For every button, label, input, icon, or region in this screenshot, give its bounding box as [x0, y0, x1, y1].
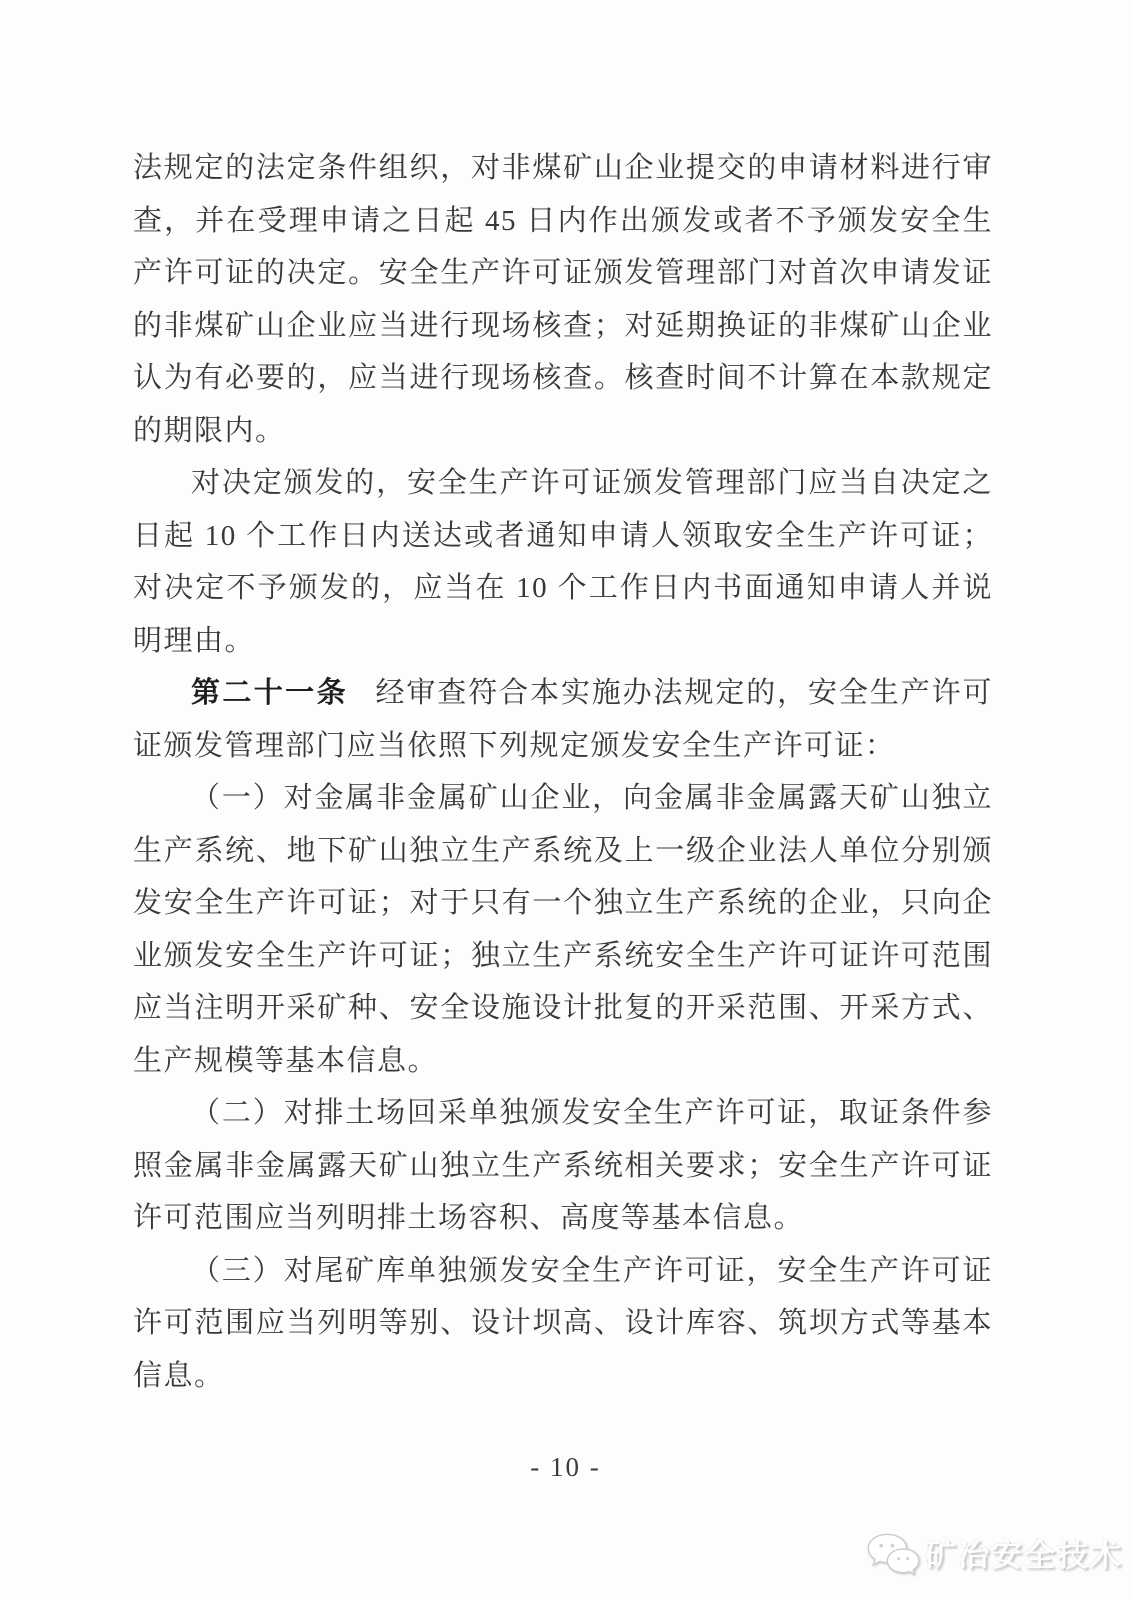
- paragraph-article-21: 第二十一条经审查符合本实施办法规定的，安全生产许可证颁发管理部门应当依照下列规定…: [133, 667, 993, 772]
- document-body: 法规定的法定条件组织，对非煤矿山企业提交的申请材料进行审查，并在受理申请之日起 …: [133, 142, 993, 1402]
- paragraph-text: 对决定颁发的，安全生产许可证颁发管理部门应当自决定之日起 10 个工作日内送达或…: [133, 467, 993, 657]
- paragraph-continuation: 法规定的法定条件组织，对非煤矿山企业提交的申请材料进行审查，并在受理申请之日起 …: [133, 142, 993, 457]
- paragraph-text: 法规定的法定条件组织，对非煤矿山企业提交的申请材料进行审查，并在受理申请之日起 …: [133, 152, 993, 447]
- paragraph-item-1: （一）对金属非金属矿山企业，向金属非金属露天矿山独立生产系统、地下矿山独立生产系…: [133, 772, 993, 1087]
- article-number-label: 第二十一条: [191, 677, 348, 709]
- paragraph-item-2: （二）对排土场回采单独颁发安全生产许可证，取证条件参照金属非金属露天矿山独立生产…: [133, 1087, 993, 1245]
- watermark: 矿冶安全技术: [866, 1530, 1123, 1575]
- paragraph-delivery-rule: 对决定颁发的，安全生产许可证颁发管理部门应当自决定之日起 10 个工作日内送达或…: [133, 457, 993, 667]
- watermark-label: 矿冶安全技术: [925, 1530, 1123, 1575]
- document-page: 法规定的法定条件组织，对非煤矿山企业提交的申请材料进行审查，并在受理申请之日起 …: [0, 0, 1131, 1600]
- paragraph-text: （一）对金属非金属矿山企业，向金属非金属露天矿山独立生产系统、地下矿山独立生产系…: [133, 782, 993, 1077]
- paragraph-item-3: （三）对尾矿库单独颁发安全生产许可证，安全生产许可证许可范围应当列明等别、设计坝…: [133, 1245, 993, 1403]
- paragraph-text: （二）对排土场回采单独颁发安全生产许可证，取证条件参照金属非金属露天矿山独立生产…: [133, 1097, 993, 1234]
- wechat-icon: [866, 1531, 920, 1575]
- page-number: - 10 -: [0, 1452, 1131, 1483]
- paragraph-text: （三）对尾矿库单独颁发安全生产许可证，安全生产许可证许可范围应当列明等别、设计坝…: [133, 1255, 993, 1392]
